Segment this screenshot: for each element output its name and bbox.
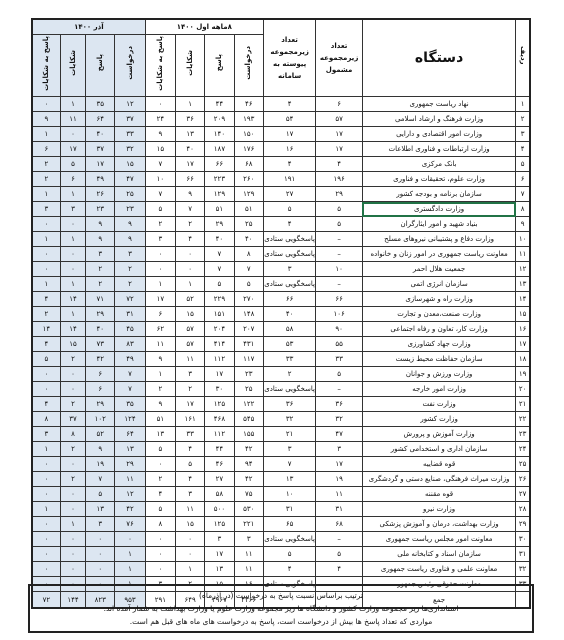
value-cell-a-cres[interactable]: ۱۴ — [32, 322, 60, 337]
value-cell-m-comp[interactable]: ۴ — [176, 232, 205, 247]
value-cell-a-comp[interactable]: ۳۷ — [60, 412, 85, 427]
value-cell-a-cres[interactable]: ۰ — [32, 367, 60, 382]
subunits-joined-cell[interactable]: ۴۰ — [263, 307, 316, 322]
value-cell-a-cres[interactable]: ۰ — [32, 97, 60, 112]
value-cell-a-cres[interactable]: ۰ — [32, 262, 60, 277]
value-cell-m-cres[interactable]: ۰ — [145, 262, 175, 277]
value-cell-a-cres[interactable]: ۹ — [32, 112, 60, 127]
row-number-cell[interactable]: ۲۷ — [516, 487, 530, 502]
subunits-joined-cell[interactable]: ۲ — [263, 367, 316, 382]
value-cell-a-res[interactable]: ۴۹ — [86, 172, 115, 187]
value-cell-a-comp[interactable]: ۰ — [60, 562, 85, 577]
subunits-joined-cell[interactable]: ۵۴ — [263, 112, 316, 127]
subunits-joined-cell[interactable]: ۳ — [263, 442, 316, 457]
value-cell-a-comp[interactable]: ۱ — [60, 277, 85, 292]
subunits-joined-cell[interactable]: پاسخگویی ستادی — [263, 532, 316, 547]
value-cell-m-cres[interactable]: ۵ — [145, 502, 175, 517]
value-cell-a-res[interactable]: ۲ — [86, 277, 115, 292]
agency-name-cell[interactable]: وزارت نفت — [362, 397, 516, 412]
value-cell-a-cres[interactable]: ۱ — [32, 277, 60, 292]
row-number-cell[interactable]: ۱۶ — [516, 322, 530, 337]
agency-name-cell[interactable]: معاونت علمی و فناوری ریاست جمهوری — [362, 562, 516, 577]
value-cell-m-req[interactable]: ۵۱ — [234, 202, 263, 217]
value-cell-m-comp[interactable]: ۴ — [176, 472, 205, 487]
value-cell-a-res[interactable]: ۲۳ — [86, 202, 115, 217]
subunits-joined-cell[interactable]: ۲۷ — [263, 187, 316, 202]
value-cell-m-comp[interactable]: ۱۱ — [176, 502, 205, 517]
value-cell-a-cres[interactable]: ۲ — [32, 157, 60, 172]
value-cell-a-comp[interactable]: ۱۵ — [60, 337, 85, 352]
value-cell-a-req[interactable]: ۹ — [115, 232, 145, 247]
value-cell-m-res[interactable]: ۲۹ — [205, 217, 234, 232]
value-cell-a-res[interactable]: ۱۷ — [86, 157, 115, 172]
agency-name-cell[interactable]: بنیاد شهید و امور ایثارگران — [362, 217, 516, 232]
row-number-cell[interactable]: ۳۰ — [516, 532, 530, 547]
subunits-covered-cell[interactable]: ۱۷ — [316, 142, 362, 157]
value-cell-a-res[interactable]: ۴۰ — [86, 322, 115, 337]
agency-name-cell[interactable]: معاونت امور مجلس ریاست جمهوری — [362, 532, 516, 547]
value-cell-a-res[interactable]: ۶ — [86, 367, 115, 382]
value-cell-m-cres[interactable]: ۵ — [145, 202, 175, 217]
row-number-cell[interactable]: ۴ — [516, 142, 530, 157]
value-cell-m-res[interactable]: ۷ — [205, 262, 234, 277]
value-cell-m-res[interactable]: ۱۵۱ — [205, 307, 234, 322]
value-cell-m-cres[interactable]: ۶ — [145, 307, 175, 322]
agency-name-cell[interactable]: وزارت بهداشت، درمان و آموزش پزشکی — [362, 517, 516, 532]
value-cell-m-req[interactable]: ۱۹۳ — [234, 112, 263, 127]
value-cell-a-req[interactable]: ۷ — [115, 382, 145, 397]
value-cell-m-req[interactable]: ۱۱۷ — [234, 352, 263, 367]
value-cell-a-comp[interactable]: ۰ — [60, 532, 85, 547]
value-cell-a-req[interactable]: ۷۲ — [115, 292, 145, 307]
subunits-covered-cell[interactable]: ۴ — [316, 157, 362, 172]
subunits-covered-cell[interactable]: ۱۷ — [316, 127, 362, 142]
value-cell-a-req[interactable]: ۴۷ — [115, 172, 145, 187]
value-cell-m-cres[interactable]: ۹ — [145, 352, 175, 367]
value-cell-a-req[interactable]: ۹ — [115, 217, 145, 232]
value-cell-m-comp[interactable]: ۳ — [176, 487, 205, 502]
subunits-covered-cell[interactable]: ۵ — [316, 547, 362, 562]
subunits-covered-cell[interactable]: ۴ — [316, 562, 362, 577]
value-cell-m-comp[interactable]: ۳۳ — [176, 427, 205, 442]
value-cell-m-cres[interactable]: ۵ — [145, 442, 175, 457]
value-cell-a-req[interactable]: ۴۹ — [115, 352, 145, 367]
value-cell-a-cres[interactable]: ۲ — [32, 307, 60, 322]
subunits-covered-cell[interactable]: ۵ — [316, 202, 362, 217]
value-cell-m-req[interactable]: ۸ — [234, 247, 263, 262]
value-cell-m-comp[interactable]: ۱۱ — [176, 352, 205, 367]
value-cell-a-cres[interactable]: ۰ — [32, 487, 60, 502]
value-cell-m-req[interactable]: ۵۴۵ — [234, 412, 263, 427]
subunits-joined-cell[interactable]: پاسخگویی ستادی — [263, 247, 316, 262]
value-cell-m-res[interactable]: ۲۷ — [205, 472, 234, 487]
agency-name-cell[interactable]: وزارت کشور — [362, 412, 516, 427]
value-cell-a-comp[interactable]: ۱۱ — [60, 112, 85, 127]
subunits-joined-cell[interactable]: ۳۲ — [263, 412, 316, 427]
value-cell-a-comp[interactable]: ۰ — [60, 367, 85, 382]
value-cell-m-cres[interactable]: ۲ — [145, 217, 175, 232]
row-number-cell[interactable]: ۱۷ — [516, 337, 530, 352]
value-cell-a-res[interactable]: ۱۳ — [86, 502, 115, 517]
value-cell-a-res[interactable]: ۲ — [86, 262, 115, 277]
value-cell-m-res[interactable]: ۳۰ — [205, 382, 234, 397]
value-cell-m-res[interactable]: ۱۱۲ — [205, 427, 234, 442]
value-cell-m-comp[interactable]: ۰ — [176, 547, 205, 562]
value-cell-a-comp[interactable]: ۱۴ — [60, 322, 85, 337]
value-cell-m-req[interactable]: ۴۲ — [234, 442, 263, 457]
value-cell-a-comp[interactable]: ۰ — [60, 502, 85, 517]
agency-name-cell[interactable]: قوه مقننه — [362, 487, 516, 502]
value-cell-m-res[interactable]: ۶۶ — [205, 157, 234, 172]
value-cell-a-cres[interactable]: ۱ — [32, 442, 60, 457]
value-cell-m-req[interactable]: ۷ — [234, 262, 263, 277]
value-cell-m-req[interactable]: ۴۶ — [234, 97, 263, 112]
value-cell-m-comp[interactable]: ۰ — [176, 532, 205, 547]
value-cell-m-res[interactable]: ۲۰۹ — [205, 112, 234, 127]
value-cell-m-req[interactable]: ۱۲۹ — [234, 187, 263, 202]
value-cell-a-req[interactable]: ۲۹ — [115, 457, 145, 472]
subunits-covered-cell[interactable]: ۳۳ — [316, 352, 362, 367]
agency-name-cell[interactable]: سازمان برنامه و بودجه کشور — [362, 187, 516, 202]
value-cell-a-comp[interactable]: ۰ — [60, 247, 85, 262]
subunits-covered-cell[interactable]: – — [316, 277, 362, 292]
value-cell-a-req[interactable]: ۴۵ — [115, 322, 145, 337]
value-cell-a-cres[interactable]: ۱ — [32, 187, 60, 202]
value-cell-m-req[interactable]: ۱۱ — [234, 562, 263, 577]
value-cell-m-res[interactable]: ۱۲۵ — [205, 397, 234, 412]
row-number-cell[interactable]: ۲۲ — [516, 412, 530, 427]
value-cell-m-comp[interactable]: ۱۷ — [176, 157, 205, 172]
value-cell-a-res[interactable]: ۰ — [86, 562, 115, 577]
value-cell-m-res[interactable]: ۴۴ — [205, 442, 234, 457]
value-cell-m-comp[interactable]: ۰ — [176, 262, 205, 277]
value-cell-a-comp[interactable]: ۰ — [60, 457, 85, 472]
value-cell-a-req[interactable]: ۸۳ — [115, 337, 145, 352]
value-cell-a-res[interactable]: ۲۶ — [86, 187, 115, 202]
value-cell-m-comp[interactable]: ۳ — [176, 367, 205, 382]
value-cell-a-req[interactable]: ۳۷ — [115, 112, 145, 127]
value-cell-m-comp[interactable]: ۶۶ — [176, 172, 205, 187]
value-cell-a-cres[interactable]: ۸ — [32, 412, 60, 427]
subunits-covered-cell[interactable]: – — [316, 247, 362, 262]
value-cell-a-cres[interactable]: ۱ — [32, 502, 60, 517]
value-cell-a-comp[interactable]: ۳ — [60, 202, 85, 217]
row-number-cell[interactable]: ۲۸ — [516, 502, 530, 517]
row-number-cell[interactable]: ۷ — [516, 187, 530, 202]
row-number-cell[interactable]: ۸ — [516, 202, 530, 217]
value-cell-m-cres[interactable]: ۵۱ — [145, 412, 175, 427]
subunits-joined-cell[interactable]: ۵۳ — [263, 337, 316, 352]
agency-name-cell[interactable]: سازمان اسناد و کتابخانه ملی — [362, 547, 516, 562]
value-cell-m-res[interactable]: ۱۱۲ — [205, 352, 234, 367]
subunits-joined-cell[interactable]: ۴ — [263, 97, 316, 112]
agency-name-cell[interactable]: وزارت علوم، تحقیقات و فناوری — [362, 172, 516, 187]
row-number-cell[interactable]: ۱۸ — [516, 352, 530, 367]
value-cell-a-comp[interactable]: ۵ — [60, 157, 85, 172]
value-cell-a-cres[interactable]: ۱ — [32, 232, 60, 247]
subunits-covered-cell[interactable]: ۳ — [316, 442, 362, 457]
value-cell-m-comp[interactable]: ۱۶۱ — [176, 412, 205, 427]
agency-name-cell[interactable]: بانک مرکزی — [362, 157, 516, 172]
value-cell-m-res[interactable]: ۴۰ — [205, 232, 234, 247]
value-cell-a-res[interactable]: ۴۲ — [86, 352, 115, 367]
agency-name-cell[interactable]: وزارت کار، تعاون و رفاه اجتماعی — [362, 322, 516, 337]
value-cell-m-req[interactable]: ۱۴۸ — [234, 307, 263, 322]
value-cell-m-comp[interactable]: ۲ — [176, 217, 205, 232]
agency-name-cell[interactable]: معاونت ریاست جمهوری در امور زنان و خانوا… — [362, 247, 516, 262]
subunits-joined-cell[interactable]: ۱۷ — [263, 127, 316, 142]
value-cell-a-cres[interactable]: ۰ — [32, 562, 60, 577]
agency-name-cell[interactable]: وزارت دفاع و پشتیبانی نیروهای مسلح — [362, 232, 516, 247]
value-cell-m-comp[interactable]: ۵ — [176, 457, 205, 472]
value-cell-m-comp[interactable]: ۴ — [176, 442, 205, 457]
value-cell-a-req[interactable]: ۴۲ — [115, 502, 145, 517]
subunits-joined-cell[interactable]: پاسخگویی ستادی — [263, 382, 316, 397]
value-cell-a-res[interactable]: ۹ — [86, 217, 115, 232]
value-cell-m-comp[interactable]: ۵۷ — [176, 337, 205, 352]
value-cell-m-res[interactable]: ۵۰۰ — [205, 502, 234, 517]
value-cell-a-comp[interactable]: ۲ — [60, 397, 85, 412]
row-number-cell[interactable]: ۵ — [516, 157, 530, 172]
value-cell-m-res[interactable]: ۱۳ — [205, 562, 234, 577]
agency-name-cell[interactable]: وزارت ورزش و جوانان — [362, 367, 516, 382]
value-cell-a-req[interactable]: ۱۳ — [115, 442, 145, 457]
subunits-joined-cell[interactable]: ۱۶ — [263, 142, 316, 157]
value-cell-a-comp[interactable]: ۱۷ — [60, 142, 85, 157]
value-cell-a-req[interactable]: ۱۲ — [115, 487, 145, 502]
value-cell-a-res[interactable]: ۵۲ — [86, 427, 115, 442]
value-cell-m-req[interactable]: ۲۵ — [234, 217, 263, 232]
value-cell-m-cres[interactable]: ۱۰ — [145, 172, 175, 187]
value-cell-a-res[interactable]: ۳۵ — [86, 97, 115, 112]
value-cell-m-cres[interactable]: ۱۱ — [145, 337, 175, 352]
value-cell-m-req[interactable]: ۱۷۶ — [234, 142, 263, 157]
subunits-joined-cell[interactable]: ۵ — [263, 547, 316, 562]
row-number-cell[interactable]: ۲۶ — [516, 472, 530, 487]
value-cell-a-cres[interactable]: ۵ — [32, 352, 60, 367]
value-cell-a-req[interactable]: ۶۴ — [115, 427, 145, 442]
agency-name-cell[interactable]: سازمان حفاظت محیط زیست — [362, 352, 516, 367]
value-cell-m-cres[interactable]: ۸ — [145, 517, 175, 532]
value-cell-m-res[interactable]: ۳ — [205, 532, 234, 547]
value-cell-a-comp[interactable]: ۱ — [60, 517, 85, 532]
value-cell-a-req[interactable]: ۳۲ — [115, 142, 145, 157]
value-cell-m-comp[interactable]: ۱۳ — [176, 127, 205, 142]
value-cell-m-req[interactable]: ۶۸ — [234, 157, 263, 172]
subunits-covered-cell[interactable]: ۱۱ — [316, 487, 362, 502]
value-cell-m-res[interactable]: ۱۴۰ — [205, 127, 234, 142]
value-cell-a-cres[interactable]: ۰ — [32, 517, 60, 532]
row-number-cell[interactable]: ۱۵ — [516, 307, 530, 322]
subunits-covered-cell[interactable]: ۱۹ — [316, 472, 362, 487]
row-number-cell[interactable]: ۲۵ — [516, 457, 530, 472]
value-cell-a-cres[interactable]: ۰ — [32, 382, 60, 397]
value-cell-m-cres[interactable]: ۰ — [145, 532, 175, 547]
subunits-joined-cell[interactable]: ۴ — [263, 562, 316, 577]
value-cell-m-res[interactable]: ۱۲۵ — [205, 517, 234, 532]
value-cell-m-req[interactable]: ۴۰ — [234, 232, 263, 247]
value-cell-m-comp[interactable]: ۵۷ — [176, 322, 205, 337]
value-cell-a-res[interactable]: ۴۰ — [86, 127, 115, 142]
subunits-joined-cell[interactable]: ۱۰ — [263, 487, 316, 502]
value-cell-m-res[interactable]: ۲۰۴ — [205, 322, 234, 337]
value-cell-a-res[interactable]: ۱۹ — [86, 457, 115, 472]
value-cell-a-res[interactable]: ۹ — [86, 442, 115, 457]
row-number-cell[interactable]: ۳ — [516, 127, 530, 142]
value-cell-a-res[interactable]: ۶۴ — [86, 112, 115, 127]
subunits-covered-cell[interactable]: ۳۶ — [316, 397, 362, 412]
subunits-joined-cell[interactable]: ۱۳ — [263, 472, 316, 487]
value-cell-m-cres[interactable]: ۳ — [145, 232, 175, 247]
agency-name-cell[interactable]: سازمان انرژی اتمی — [362, 277, 516, 292]
value-cell-m-comp[interactable]: ۳۶ — [176, 112, 205, 127]
value-cell-a-req[interactable]: ۷ — [115, 367, 145, 382]
value-cell-m-res[interactable]: ۴۴ — [205, 97, 234, 112]
subunits-covered-cell[interactable]: ۵۵ — [316, 337, 362, 352]
value-cell-m-req[interactable]: ۵ — [234, 277, 263, 292]
value-cell-m-comp[interactable]: ۷ — [176, 202, 205, 217]
row-number-cell[interactable]: ۱۲ — [516, 262, 530, 277]
value-cell-m-cres[interactable]: ۱۷ — [145, 292, 175, 307]
subunits-covered-cell[interactable]: ۵ — [316, 367, 362, 382]
value-cell-a-cres[interactable]: ۱ — [32, 127, 60, 142]
value-cell-m-cres[interactable]: ۴ — [145, 487, 175, 502]
value-cell-a-req[interactable]: ۱ — [115, 547, 145, 562]
value-cell-m-req[interactable]: ۹۴ — [234, 457, 263, 472]
value-cell-a-res[interactable]: ۲۹ — [86, 397, 115, 412]
agency-name-cell[interactable]: قوه قضاییه — [362, 457, 516, 472]
row-number-cell[interactable]: ۲۳ — [516, 427, 530, 442]
value-cell-a-comp[interactable]: ۰ — [60, 382, 85, 397]
value-cell-m-res[interactable]: ۴۶۸ — [205, 412, 234, 427]
value-cell-m-comp[interactable]: ۱۵ — [176, 307, 205, 322]
subunits-covered-cell[interactable]: ۱۹۶ — [316, 172, 362, 187]
value-cell-a-res[interactable]: ۳ — [86, 247, 115, 262]
value-cell-a-req[interactable]: ۲۳ — [115, 202, 145, 217]
value-cell-m-cres[interactable]: ۰ — [145, 562, 175, 577]
value-cell-m-req[interactable]: ۵۳۰ — [234, 502, 263, 517]
value-cell-m-cres[interactable]: ۲ — [145, 382, 175, 397]
value-cell-a-res[interactable]: ۶ — [86, 382, 115, 397]
agency-name-cell[interactable]: وزارت فرهنگ و ارشاد اسلامی — [362, 112, 516, 127]
value-cell-a-res[interactable]: ۷ — [86, 472, 115, 487]
value-cell-m-cres[interactable]: ۰ — [145, 547, 175, 562]
row-number-cell[interactable]: ۱۹ — [516, 367, 530, 382]
value-cell-m-comp[interactable]: ۱ — [176, 97, 205, 112]
row-number-cell[interactable]: ۱۱ — [516, 247, 530, 262]
value-cell-a-res[interactable]: ۳۷ — [86, 142, 115, 157]
value-cell-a-res[interactable]: ۷۱ — [86, 292, 115, 307]
agency-name-cell[interactable]: سازمان اداری و استخدامی کشور — [362, 442, 516, 457]
row-number-cell[interactable]: ۶ — [516, 172, 530, 187]
agency-name-cell[interactable]: وزارت صنعت،معدن و تجارت — [362, 307, 516, 322]
value-cell-a-cres[interactable]: ۰ — [32, 457, 60, 472]
value-cell-a-req[interactable]: ۲۵ — [115, 187, 145, 202]
value-cell-m-req[interactable]: ۲۳ — [234, 367, 263, 382]
value-cell-m-req[interactable]: ۲۶۰ — [234, 172, 263, 187]
value-cell-a-res[interactable]: ۹ — [86, 232, 115, 247]
value-cell-a-cres[interactable]: ۶ — [32, 142, 60, 157]
row-number-cell[interactable]: ۲ — [516, 112, 530, 127]
subunits-covered-cell[interactable]: ۵۷ — [316, 112, 362, 127]
agency-name-cell[interactable]: وزارت امور خارجه — [362, 382, 516, 397]
agency-name-cell[interactable]: وزارت جهاد کشاورزی — [362, 337, 516, 352]
value-cell-a-res[interactable]: ۷۳ — [86, 337, 115, 352]
value-cell-m-res[interactable]: ۱۷ — [205, 367, 234, 382]
subunits-joined-cell[interactable]: ۶۵ — [263, 517, 316, 532]
value-cell-m-res[interactable]: ۵۱ — [205, 202, 234, 217]
value-cell-a-res[interactable]: ۰ — [86, 547, 115, 562]
row-number-cell[interactable]: ۱ — [516, 97, 530, 112]
row-number-cell[interactable]: ۳۲ — [516, 562, 530, 577]
row-number-cell[interactable]: ۹ — [516, 217, 530, 232]
value-cell-m-req[interactable]: ۲۰۷ — [234, 322, 263, 337]
value-cell-a-res[interactable]: ۰ — [86, 532, 115, 547]
value-cell-a-comp[interactable]: ۰ — [60, 487, 85, 502]
value-cell-m-comp[interactable]: ۱ — [176, 277, 205, 292]
value-cell-m-req[interactable]: ۲۲۱ — [234, 517, 263, 532]
value-cell-a-req[interactable]: ۲ — [115, 277, 145, 292]
subunits-joined-cell[interactable]: ۴ — [263, 157, 316, 172]
subunits-covered-cell[interactable]: – — [316, 232, 362, 247]
row-number-cell[interactable]: ۱۴ — [516, 292, 530, 307]
value-cell-m-comp[interactable]: ۴۰ — [176, 142, 205, 157]
value-cell-m-res[interactable]: ۴۱۴ — [205, 337, 234, 352]
subunits-joined-cell[interactable]: ۳۳ — [263, 352, 316, 367]
value-cell-a-comp[interactable]: ۰ — [60, 217, 85, 232]
value-cell-m-res[interactable]: ۱۲۹ — [205, 187, 234, 202]
subunits-joined-cell[interactable]: ۶۶ — [263, 292, 316, 307]
subunits-covered-cell[interactable]: ۱۰۶ — [316, 307, 362, 322]
value-cell-m-res[interactable]: ۲۲۹ — [205, 292, 234, 307]
value-cell-a-cres[interactable]: ۲ — [32, 172, 60, 187]
value-cell-m-cres[interactable]: ۲ — [145, 472, 175, 487]
row-number-cell[interactable]: ۲۰ — [516, 382, 530, 397]
value-cell-m-cres[interactable]: ۷ — [145, 157, 175, 172]
value-cell-a-cres[interactable]: ۰ — [32, 547, 60, 562]
value-cell-a-res[interactable]: ۲۹ — [86, 307, 115, 322]
value-cell-a-comp[interactable]: ۱ — [60, 97, 85, 112]
value-cell-m-req[interactable]: ۷۵ — [234, 487, 263, 502]
value-cell-a-req[interactable]: ۳۵ — [115, 397, 145, 412]
value-cell-a-cres[interactable]: ۴ — [32, 292, 60, 307]
subunits-covered-cell[interactable]: ۲۹ — [316, 187, 362, 202]
subunits-covered-cell[interactable]: – — [316, 382, 362, 397]
subunits-joined-cell[interactable]: ۳۶ — [263, 397, 316, 412]
value-cell-m-res[interactable]: ۱۷ — [205, 547, 234, 562]
value-cell-a-comp[interactable]: ۲ — [60, 442, 85, 457]
value-cell-a-comp[interactable]: ۶ — [60, 172, 85, 187]
agency-name-cell[interactable]: وزارت نیرو — [362, 502, 516, 517]
value-cell-a-req[interactable]: ۱۵ — [115, 157, 145, 172]
value-cell-a-req[interactable]: ۱۲ — [115, 97, 145, 112]
subunits-joined-cell[interactable]: ۷ — [263, 457, 316, 472]
value-cell-a-req[interactable]: ۱۱ — [115, 472, 145, 487]
subunits-joined-cell[interactable]: ۵۸ — [263, 322, 316, 337]
value-cell-m-cres[interactable]: ۰ — [145, 247, 175, 262]
value-cell-m-req[interactable]: ۲۷۰ — [234, 292, 263, 307]
value-cell-m-comp[interactable]: ۱ — [176, 562, 205, 577]
value-cell-a-res[interactable]: ۱۰۲ — [86, 412, 115, 427]
value-cell-m-req[interactable]: ۲۵ — [234, 382, 263, 397]
value-cell-a-comp[interactable]: ۲ — [60, 352, 85, 367]
value-cell-a-comp[interactable]: ۰ — [60, 547, 85, 562]
value-cell-a-cres[interactable]: ۴ — [32, 397, 60, 412]
value-cell-m-comp[interactable]: ۰ — [176, 247, 205, 262]
value-cell-m-res[interactable]: ۱۸۷ — [205, 142, 234, 157]
value-cell-a-req[interactable]: ۰ — [115, 532, 145, 547]
subunits-covered-cell[interactable]: ۶۶ — [316, 292, 362, 307]
